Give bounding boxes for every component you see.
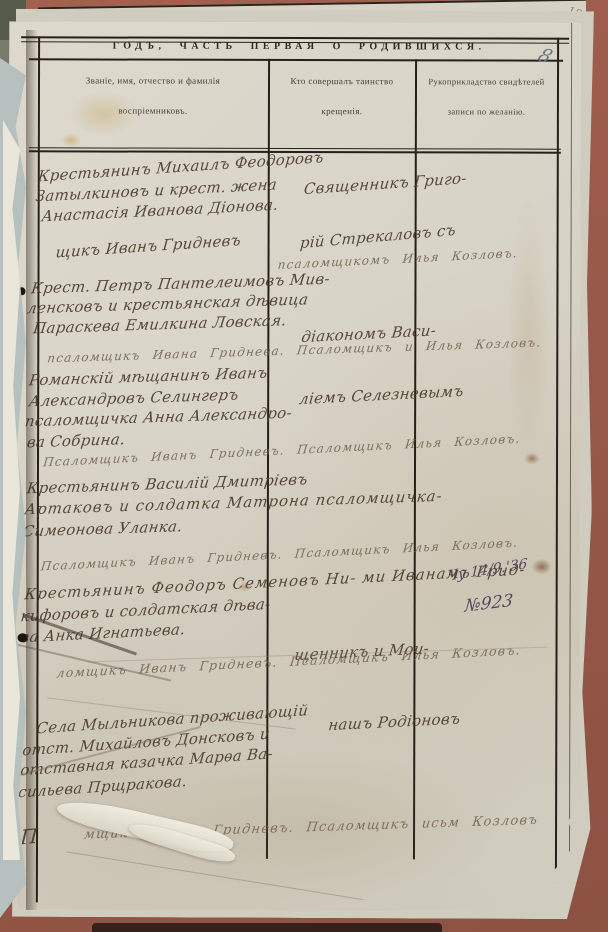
archival-date-annotation: Чу 14/9.'36: [447, 556, 528, 585]
handwriting-line: ва Собрина.: [26, 430, 126, 451]
page-title: ГОДЪ, ЧАСТЬ ПЕРВАЯ О РОДИВШИХСЯ.: [69, 40, 529, 52]
handwriting-line: нашъ Родіоновъ: [327, 710, 461, 735]
handwriting-line: псаломщикъ Ивана Гриднева. Псаломщикъ и …: [47, 335, 543, 365]
archival-number-annotation: №923: [464, 591, 514, 617]
spine-shadow: [26, 30, 38, 910]
column-header-line: записи по желанію.: [419, 96, 554, 126]
title-separator-rule: [29, 58, 563, 61]
book-edge-shadow: [92, 923, 442, 932]
column-header-witnesses: Рукоприкладство свидѣтелей записи по жел…: [419, 66, 554, 126]
handwriting-line: щикъ Иванъ Гридневъ: [55, 231, 242, 262]
table-right-border: [555, 38, 559, 883]
column-header-line: Кто совершалъ таинство: [273, 66, 411, 96]
stain: [532, 559, 552, 575]
handwriting-line: Священникъ Григо-: [303, 169, 467, 198]
handwriting-line: Симеонова Уланка.: [22, 517, 184, 540]
stain: [238, 582, 252, 592]
underleaf-rule: [569, 23, 572, 853]
scanned-register-page: 18 ГОДЪ, ЧАСТЬ ПЕРВАЯ О РОДИВШИХСЯ. Зван…: [0, 0, 608, 932]
table-top-rule: [21, 36, 569, 39]
register-page: ГОДЪ, ЧАСТЬ ПЕРВАЯ О РОДИВШИХСЯ. Званіе,…: [7, 21, 581, 910]
handwriting-line: ліемъ Селезневымъ: [298, 382, 464, 408]
column-header-line: Званіе, имя, отчество и фамилія: [43, 65, 263, 96]
stain: [69, 91, 139, 135]
stain: [508, 203, 549, 463]
stain: [61, 133, 81, 147]
column-header-officiant: Кто совершалъ таинство крещенія.: [273, 66, 411, 126]
column-header-line: Рукоприкладство свидѣтелей: [419, 66, 554, 96]
page-number-pencil: 8: [534, 45, 556, 68]
column-header-line: крещенія.: [273, 96, 411, 126]
handwriting-line: рій Стрекаловъ съ: [299, 221, 456, 252]
stain: [524, 453, 540, 465]
